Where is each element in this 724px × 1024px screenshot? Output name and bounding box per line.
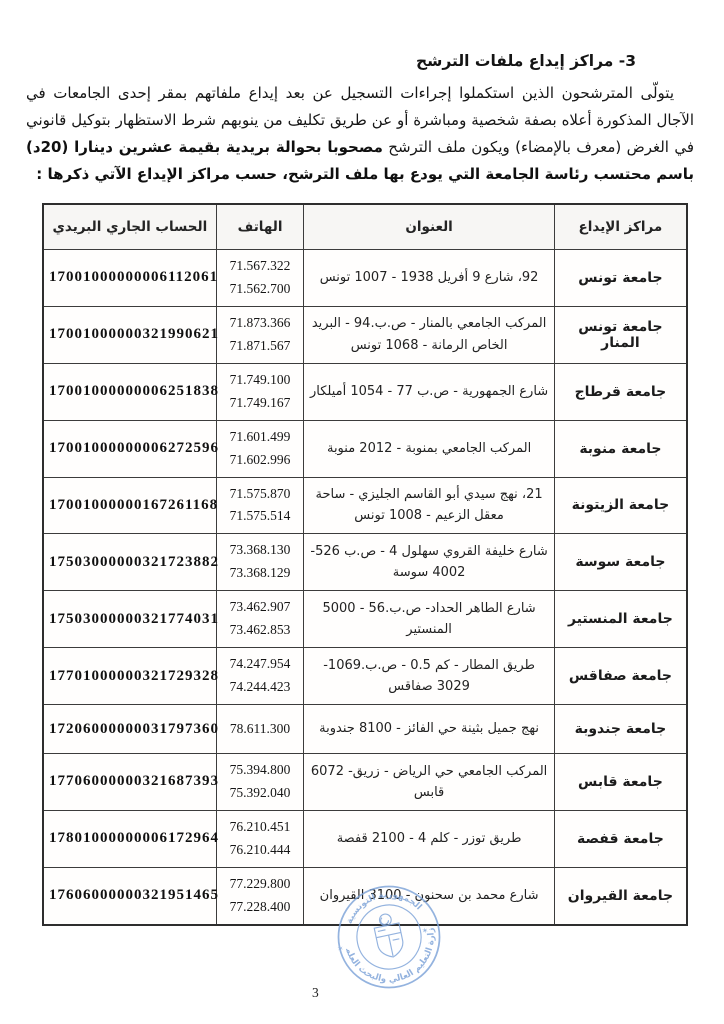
cell-address: شارع الطاهر الحداد- ص.ب.56 - 5000 المنست… — [304, 591, 555, 648]
svg-text:✶: ✶ — [336, 944, 344, 954]
cell-address: شارع الجمهورية - ص.ب 77 - 1054 أميلكار — [304, 363, 555, 420]
header-deposit-center: مراكز الإيداع — [554, 204, 687, 250]
table-row: جامعة تونس المنار المركب الجامعي بالمنار… — [43, 306, 687, 363]
cell-account: 17001000000006251838 — [43, 363, 216, 420]
cell-university: جامعة جندوبة — [554, 705, 687, 754]
cell-address: 92، شارع 9 أفريل 1938 - 1007 تونس — [304, 250, 555, 307]
cell-university: جامعة قرطاج — [554, 363, 687, 420]
cell-phone: 75.394.800 75.392.040 — [216, 754, 304, 811]
phone-number: 74.244.423 — [222, 676, 299, 699]
cell-account: 17001000000006112061 — [43, 250, 216, 307]
phone-number: 71.575.870 — [222, 483, 299, 506]
cell-phone: 74.247.954 74.244.423 — [216, 648, 304, 705]
cell-university: جامعة صفاقس — [554, 648, 687, 705]
cell-phone: 76.210.451 76.210.444 — [216, 810, 304, 867]
phone-number: 75.394.800 — [222, 759, 299, 782]
cell-address: المركب الجامعي بمنوبة - 2012 منوبة — [304, 420, 555, 477]
table-row: جامعة قرطاج شارع الجمهورية - ص.ب 77 - 10… — [43, 363, 687, 420]
phone-number: 76.210.444 — [222, 839, 299, 862]
cell-phone: 77.229.800 77.228.400 — [216, 867, 304, 924]
cell-account: 17503000000321774031 — [43, 591, 216, 648]
cell-account: 17606000000321951465 — [43, 867, 216, 924]
cell-account: 17503000000321723882 — [43, 534, 216, 591]
cell-phone: 73.462.907 73.462.853 — [216, 591, 304, 648]
table-row: جامعة تونس 92، شارع 9 أفريل 1938 - 1007 … — [43, 250, 687, 307]
table-row: جامعة جندوبة نهج جميل بثينة حي الفائز - … — [43, 705, 687, 754]
cell-account: 17206000000031797360 — [43, 705, 216, 754]
cell-account: 17001000000321990621 — [43, 306, 216, 363]
cell-university: جامعة قفصة — [554, 810, 687, 867]
cell-phone: 71.567.322 71.562.700 — [216, 250, 304, 307]
phone-number: 73.368.130 — [222, 539, 299, 562]
cell-address: شارع خليفة القروي سهلول 4 - ص.ب 526- 400… — [304, 534, 555, 591]
cell-address: 21، نهج سيدي أبو القاسم الجليزي - ساحة م… — [304, 477, 555, 534]
scanned-page: 3- مراكز إيداع ملفات الترشح يتولّى المتر… — [0, 0, 724, 1024]
phone-number: 73.368.129 — [222, 562, 299, 585]
page-number: 3 — [312, 985, 319, 1001]
cell-address: طريق توزر - كلم 4 - 2100 قفصة — [304, 810, 555, 867]
header-phone: الهاتف — [216, 204, 304, 250]
phone-number: 78.611.300 — [222, 718, 299, 741]
cell-university: جامعة تونس المنار — [554, 306, 687, 363]
phone-number: 77.228.400 — [222, 896, 299, 919]
header-address: العنوان — [304, 204, 555, 250]
phone-number: 76.210.451 — [222, 816, 299, 839]
cell-phone: 71.873.366 71.871.567 — [216, 306, 304, 363]
phone-number: 71.567.322 — [222, 255, 299, 278]
cell-account: 17701000000321729328 — [43, 648, 216, 705]
table-row: جامعة المنستير شارع الطاهر الحداد- ص.ب.5… — [43, 591, 687, 648]
table-row: جامعة القيروان شارع محمد بن سحنون - 3100… — [43, 867, 687, 924]
phone-number: 71.602.996 — [222, 449, 299, 472]
cell-phone: 73.368.130 73.368.129 — [216, 534, 304, 591]
phone-number: 71.601.499 — [222, 426, 299, 449]
cell-university: جامعة الزيتونة — [554, 477, 687, 534]
table-row: جامعة صفاقس طريق المطار - كم 0.5 - ص.ب.1… — [43, 648, 687, 705]
phone-number: 71.575.514 — [222, 505, 299, 528]
deposit-centers-table: مراكز الإيداع العنوان الهاتف الحساب الجا… — [42, 203, 688, 926]
cell-phone: 71.575.870 71.575.514 — [216, 477, 304, 534]
phone-number: 71.562.700 — [222, 278, 299, 301]
cell-address: شارع محمد بن سحنون - 3100 القيروان — [304, 867, 555, 924]
table-row: جامعة الزيتونة 21، نهج سيدي أبو القاسم ا… — [43, 477, 687, 534]
phone-number: 77.229.800 — [222, 873, 299, 896]
cell-university: جامعة القيروان — [554, 867, 687, 924]
cell-university: جامعة المنستير — [554, 591, 687, 648]
phone-number: 73.462.907 — [222, 596, 299, 619]
phone-number: 74.247.954 — [222, 653, 299, 676]
cell-address: المركب الجامعي حي الرياض - زريق- 6072 قا… — [304, 754, 555, 811]
header-postal-account: الحساب الجاري البريدي — [43, 204, 216, 250]
cell-account: 17001000000167261168 — [43, 477, 216, 534]
cell-address: طريق المطار - كم 0.5 - ص.ب.1069- 3029 صف… — [304, 648, 555, 705]
cell-university: جامعة منوبة — [554, 420, 687, 477]
cell-account: 17706000000321687393 — [43, 754, 216, 811]
cell-account: 17801000000006172964 — [43, 810, 216, 867]
intro-paragraph: يتولّى المترشحون الذين استكملوا إجراءات … — [26, 80, 694, 188]
section-title: 3- مراكز إيداع ملفات الترشح — [0, 52, 636, 70]
cell-university: جامعة سوسة — [554, 534, 687, 591]
cell-account: 17001000000006272596 — [43, 420, 216, 477]
cell-phone: 78.611.300 — [216, 705, 304, 754]
phone-number: 71.873.366 — [222, 312, 299, 335]
phone-number: 75.392.040 — [222, 782, 299, 805]
cell-university: جامعة قابس — [554, 754, 687, 811]
phone-number: 71.871.567 — [222, 335, 299, 358]
cell-phone: 71.601.499 71.602.996 — [216, 420, 304, 477]
cell-phone: 71.749.100 71.749.167 — [216, 363, 304, 420]
cell-address: نهج جميل بثينة حي الفائز - 8100 جندوبة — [304, 705, 555, 754]
table-row: جامعة سوسة شارع خليفة القروي سهلول 4 - ص… — [43, 534, 687, 591]
phone-number: 73.462.853 — [222, 619, 299, 642]
phone-number: 71.749.167 — [222, 392, 299, 415]
table-header-row: مراكز الإيداع العنوان الهاتف الحساب الجا… — [43, 204, 687, 250]
phone-number: 71.749.100 — [222, 369, 299, 392]
cell-university: جامعة تونس — [554, 250, 687, 307]
table-row: جامعة قفصة طريق توزر - كلم 4 - 2100 قفصة… — [43, 810, 687, 867]
svg-text:✶: ✶ — [421, 926, 429, 936]
table-row: جامعة منوبة المركب الجامعي بمنوبة - 2012… — [43, 420, 687, 477]
table-row: جامعة قابس المركب الجامعي حي الرياض - زر… — [43, 754, 687, 811]
cell-address: المركب الجامعي بالمنار - ص.ب.94 - البريد… — [304, 306, 555, 363]
